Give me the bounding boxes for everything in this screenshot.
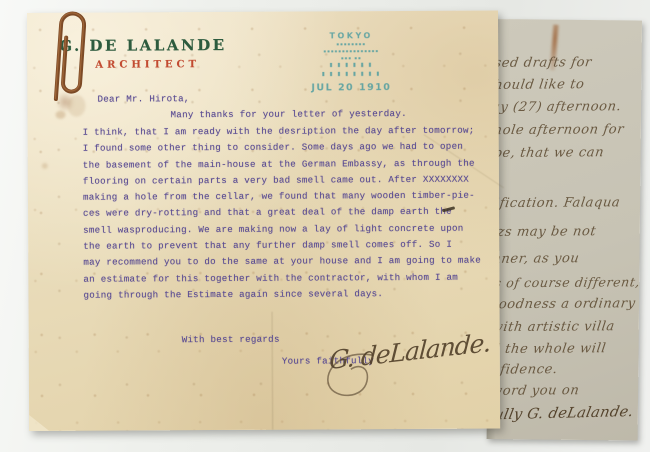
- received-date-stamp: TOKYO ▪▪▪▪▪▪▪▪ ▪▪▪▪▪▪▪▪▪▪▪▪▪▪▪ ▪▪▪ ▪▪ ▮ …: [293, 31, 409, 94]
- rust-smudge: [56, 92, 74, 112]
- handwritten-line: is of course different,: [489, 274, 641, 290]
- scanned-letter-photo: sed drafts for hould like to ay (27) aft…: [0, 0, 650, 452]
- typed-letter-page: G. DE LALANDE ARCHITECT TOKYO ▪▪▪▪▪▪▪▪ ▪…: [27, 11, 500, 431]
- handwritten-line: hole afternoon for: [493, 122, 625, 138]
- paperclip-icon: [46, 3, 95, 108]
- stamp-date-line: JUL 20 1910: [293, 82, 409, 94]
- letter-body: I think, that I am ready with the desrip…: [83, 123, 482, 304]
- handwritten-line: d the whole will: [490, 341, 607, 357]
- handwritten-line: ay (27) afternoon.: [491, 99, 622, 115]
- handwritten-line: hould like to: [493, 77, 585, 93]
- handwritten-line: lzs may be not: [492, 224, 598, 240]
- paper-fold-corner: [29, 415, 49, 431]
- handwritten-signature: fully G. deLalande.: [487, 404, 635, 423]
- handwritten-line: nfidence.: [490, 362, 558, 377]
- handwritten-line: word you on: [490, 383, 580, 399]
- stamp-address-line: ▮ ▮ ▮ ▮ ▮ ▮ ▮ ▮: [293, 70, 409, 80]
- handwritten-line: ification. Falaqua: [494, 195, 621, 211]
- handwritten-line: goodness a ordinary: [489, 296, 637, 312]
- handwritten-line: with artistic villa: [491, 319, 616, 335]
- salutation: Dear Mr. Hirota,: [97, 93, 189, 104]
- foxing-stain: [56, 111, 66, 119]
- handwritten-line: sed drafts for: [493, 55, 592, 71]
- handwritten-letter-page: sed drafts for hould like to ay (27) aft…: [487, 19, 642, 441]
- handwritten-line: pe, that we can: [492, 145, 605, 161]
- foxing-stain: [42, 163, 48, 169]
- handwritten-line: nner, as you: [491, 251, 580, 267]
- letter-body-line: going through the Estimate again since s…: [83, 286, 481, 304]
- letterhead-title: ARCHITECT: [95, 59, 200, 71]
- closing-regards: With best regards: [182, 334, 280, 346]
- opening-line: Many thanks for your letter of yesterday…: [171, 108, 407, 120]
- paper-crease: [272, 312, 274, 430]
